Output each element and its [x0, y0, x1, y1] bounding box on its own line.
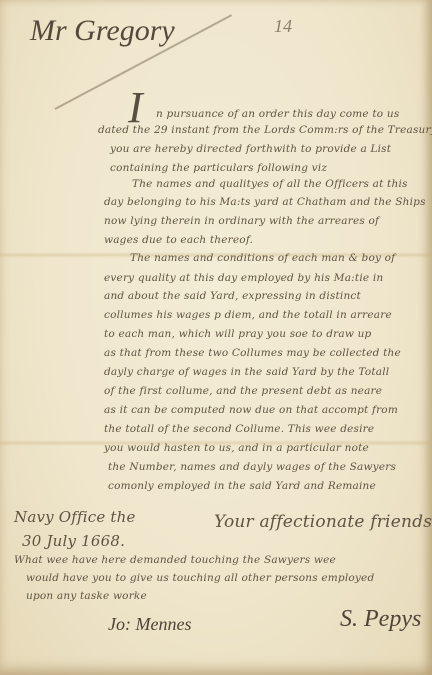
- body-line: containing the particulars following viz: [110, 162, 327, 174]
- body-line: the Number, names and dayly wages of the…: [108, 461, 396, 473]
- body-line: collumes his wages p diem, and the total…: [104, 309, 392, 321]
- body-line: you are hereby directed forthwith to pro…: [110, 143, 391, 155]
- body-line: and about the said Yard, expressing in d…: [104, 290, 361, 302]
- place-line: Navy Office the: [14, 508, 136, 526]
- signature-pepys: S. Pepys: [340, 606, 421, 633]
- body-line: now lying therein in ordinary with the a…: [104, 215, 379, 227]
- signature-mennes: Jo: Mennes: [108, 614, 191, 635]
- date-line: 30 July 1668.: [22, 532, 125, 550]
- body-line: you would hasten to us, and in a particu…: [104, 442, 369, 454]
- body-line: dated the 29 instant from the Lords Comm…: [98, 124, 432, 136]
- postscript-line: What wee have here demanded touching the…: [14, 554, 336, 566]
- body-line: the totall of the second Collume. This w…: [104, 423, 374, 435]
- body-line: The names and qualityes of all the Offic…: [132, 178, 408, 190]
- body-line: dayly charge of wages in the said Yard b…: [104, 366, 389, 378]
- body-line: comonly employed in the said Yard and Re…: [108, 480, 376, 492]
- body-line: every quality at this day employed by hi…: [104, 272, 383, 284]
- postscript-line: would have you to give us touching all o…: [26, 572, 374, 584]
- document-page: Mr Gregory 14 I n pursuance of an order …: [0, 0, 432, 675]
- body-line: The names and conditions of each man & b…: [130, 252, 395, 264]
- addressee: Mr Gregory: [30, 14, 175, 48]
- body-line: day belonging to his Ma:ts yard at Chath…: [104, 196, 426, 208]
- closing-salutation: Your affectionate friends: [214, 512, 432, 532]
- body-line: as it can be computed now due on that ac…: [104, 404, 398, 416]
- body-line: wages due to each thereof.: [104, 234, 253, 246]
- body-line: to each man, which will pray you soe to …: [104, 328, 371, 340]
- folio-number: 14: [274, 16, 292, 37]
- postscript-line: upon any taske worke: [26, 590, 147, 602]
- body-line: as that from these two Collumes may be c…: [104, 347, 401, 359]
- body-line: n pursuance of an order this day come to…: [156, 108, 399, 120]
- body-line: of the first collume, and the present de…: [104, 385, 382, 397]
